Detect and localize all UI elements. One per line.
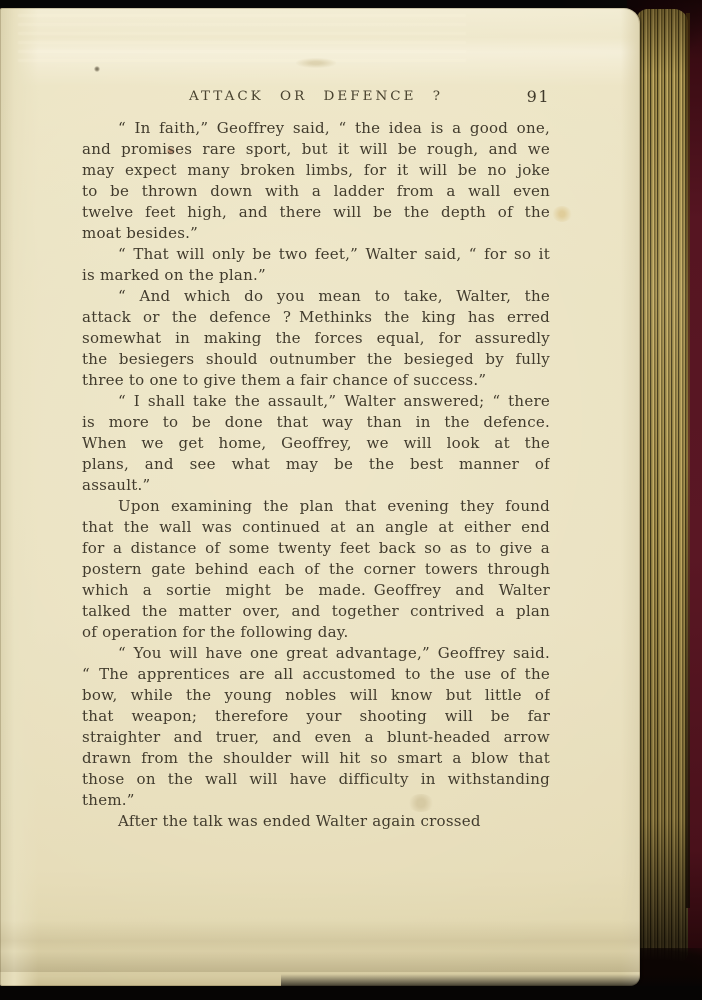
paragraph: “ And which do you mean to take, Walter,… (82, 286, 550, 391)
text-line: attack or the defence ? Methinks the kin… (82, 307, 550, 328)
text-line: “ You will have one great advantage,” Ge… (82, 643, 550, 664)
text-line: “ In faith,” Geoffrey said, “ the idea i… (82, 118, 550, 139)
text-line: When we get home, Geoffrey, we will look… (82, 433, 550, 454)
text-line: “ And which do you mean to take, Walter,… (82, 286, 550, 307)
text-line: to be thrown down with a ladder from a w… (82, 181, 550, 202)
running-header: ATTACK OR DEFENCE ? (82, 88, 550, 103)
text-line: “ That will only be two feet,” Walter sa… (82, 244, 550, 265)
photo-crop-bottom (0, 986, 702, 1000)
text-line: three to one to give them a fair chance … (82, 370, 550, 391)
text-line: somewhat in making the forces equal, for… (82, 328, 550, 349)
text-line: “ I shall take the assault,” Walter answ… (82, 391, 550, 412)
text-line: “ The apprentices are all accustomed to … (82, 664, 550, 685)
book-photo: ATTACK OR DEFENCE ? 91 “ In faith,” Geof… (0, 0, 702, 1000)
text-line: them.” (82, 790, 550, 811)
text-line: is marked on the plan.” (82, 265, 550, 286)
text-line: Upon examining the plan that evening the… (82, 496, 550, 517)
text-line: twelve feet high, and there will be the … (82, 202, 550, 223)
text-line: for a distance of some twenty feet back … (82, 538, 550, 559)
book-fore-edge-pages (636, 9, 688, 961)
text-block: “ In faith,” Geoffrey said, “ the idea i… (82, 118, 550, 832)
page-number: 91 (527, 87, 550, 106)
text-line: straighter and truer, and even a blunt-h… (82, 727, 550, 748)
paragraph: Upon examining the plan that evening the… (82, 496, 550, 643)
paper-stain (552, 206, 572, 222)
text-line: is more to be done that way than in the … (82, 412, 550, 433)
paper-sheen (296, 58, 336, 68)
text-line: plans, and see what may be the best mann… (82, 454, 550, 475)
text-line: and promises rare sport, but it will be … (82, 139, 550, 160)
text-line: assault.” (82, 475, 550, 496)
paragraph: “ You will have one great advantage,” Ge… (82, 643, 550, 811)
text-line: of operation for the following day. (82, 622, 550, 643)
photo-crop-top (0, 0, 648, 8)
paper-speck (94, 66, 100, 72)
text-line: postern gate behind each of the corner t… (82, 559, 550, 580)
text-line: that weapon; therefore your shooting wil… (82, 706, 550, 727)
paragraph: “ I shall take the assault,” Walter answ… (82, 391, 550, 496)
text-line: may expect many broken limbs, for it wil… (82, 160, 550, 181)
text-line: moat besides.” (82, 223, 550, 244)
book-page: ATTACK OR DEFENCE ? 91 “ In faith,” Geof… (0, 8, 640, 986)
paragraph: “ In faith,” Geoffrey said, “ the idea i… (82, 118, 550, 244)
paragraph: “ That will only be two feet,” Walter sa… (82, 244, 550, 286)
text-line: After the talk was ended Walter again cr… (82, 811, 550, 832)
text-line: that the wall was continued at an angle … (82, 517, 550, 538)
page-header: ATTACK OR DEFENCE ? 91 (82, 88, 550, 110)
paragraph: After the talk was ended Walter again cr… (82, 811, 550, 832)
text-line: bow, while the young nobles will know bu… (82, 685, 550, 706)
text-line: which a sortie might be made. Geoffrey a… (82, 580, 550, 601)
text-line: talked the matter over, and together con… (82, 601, 550, 622)
text-line: drawn from the shoulder will hit so smar… (82, 748, 550, 769)
text-line: those on the wall will have difficulty i… (82, 769, 550, 790)
text-line: the besiegers should outnumber the besie… (82, 349, 550, 370)
